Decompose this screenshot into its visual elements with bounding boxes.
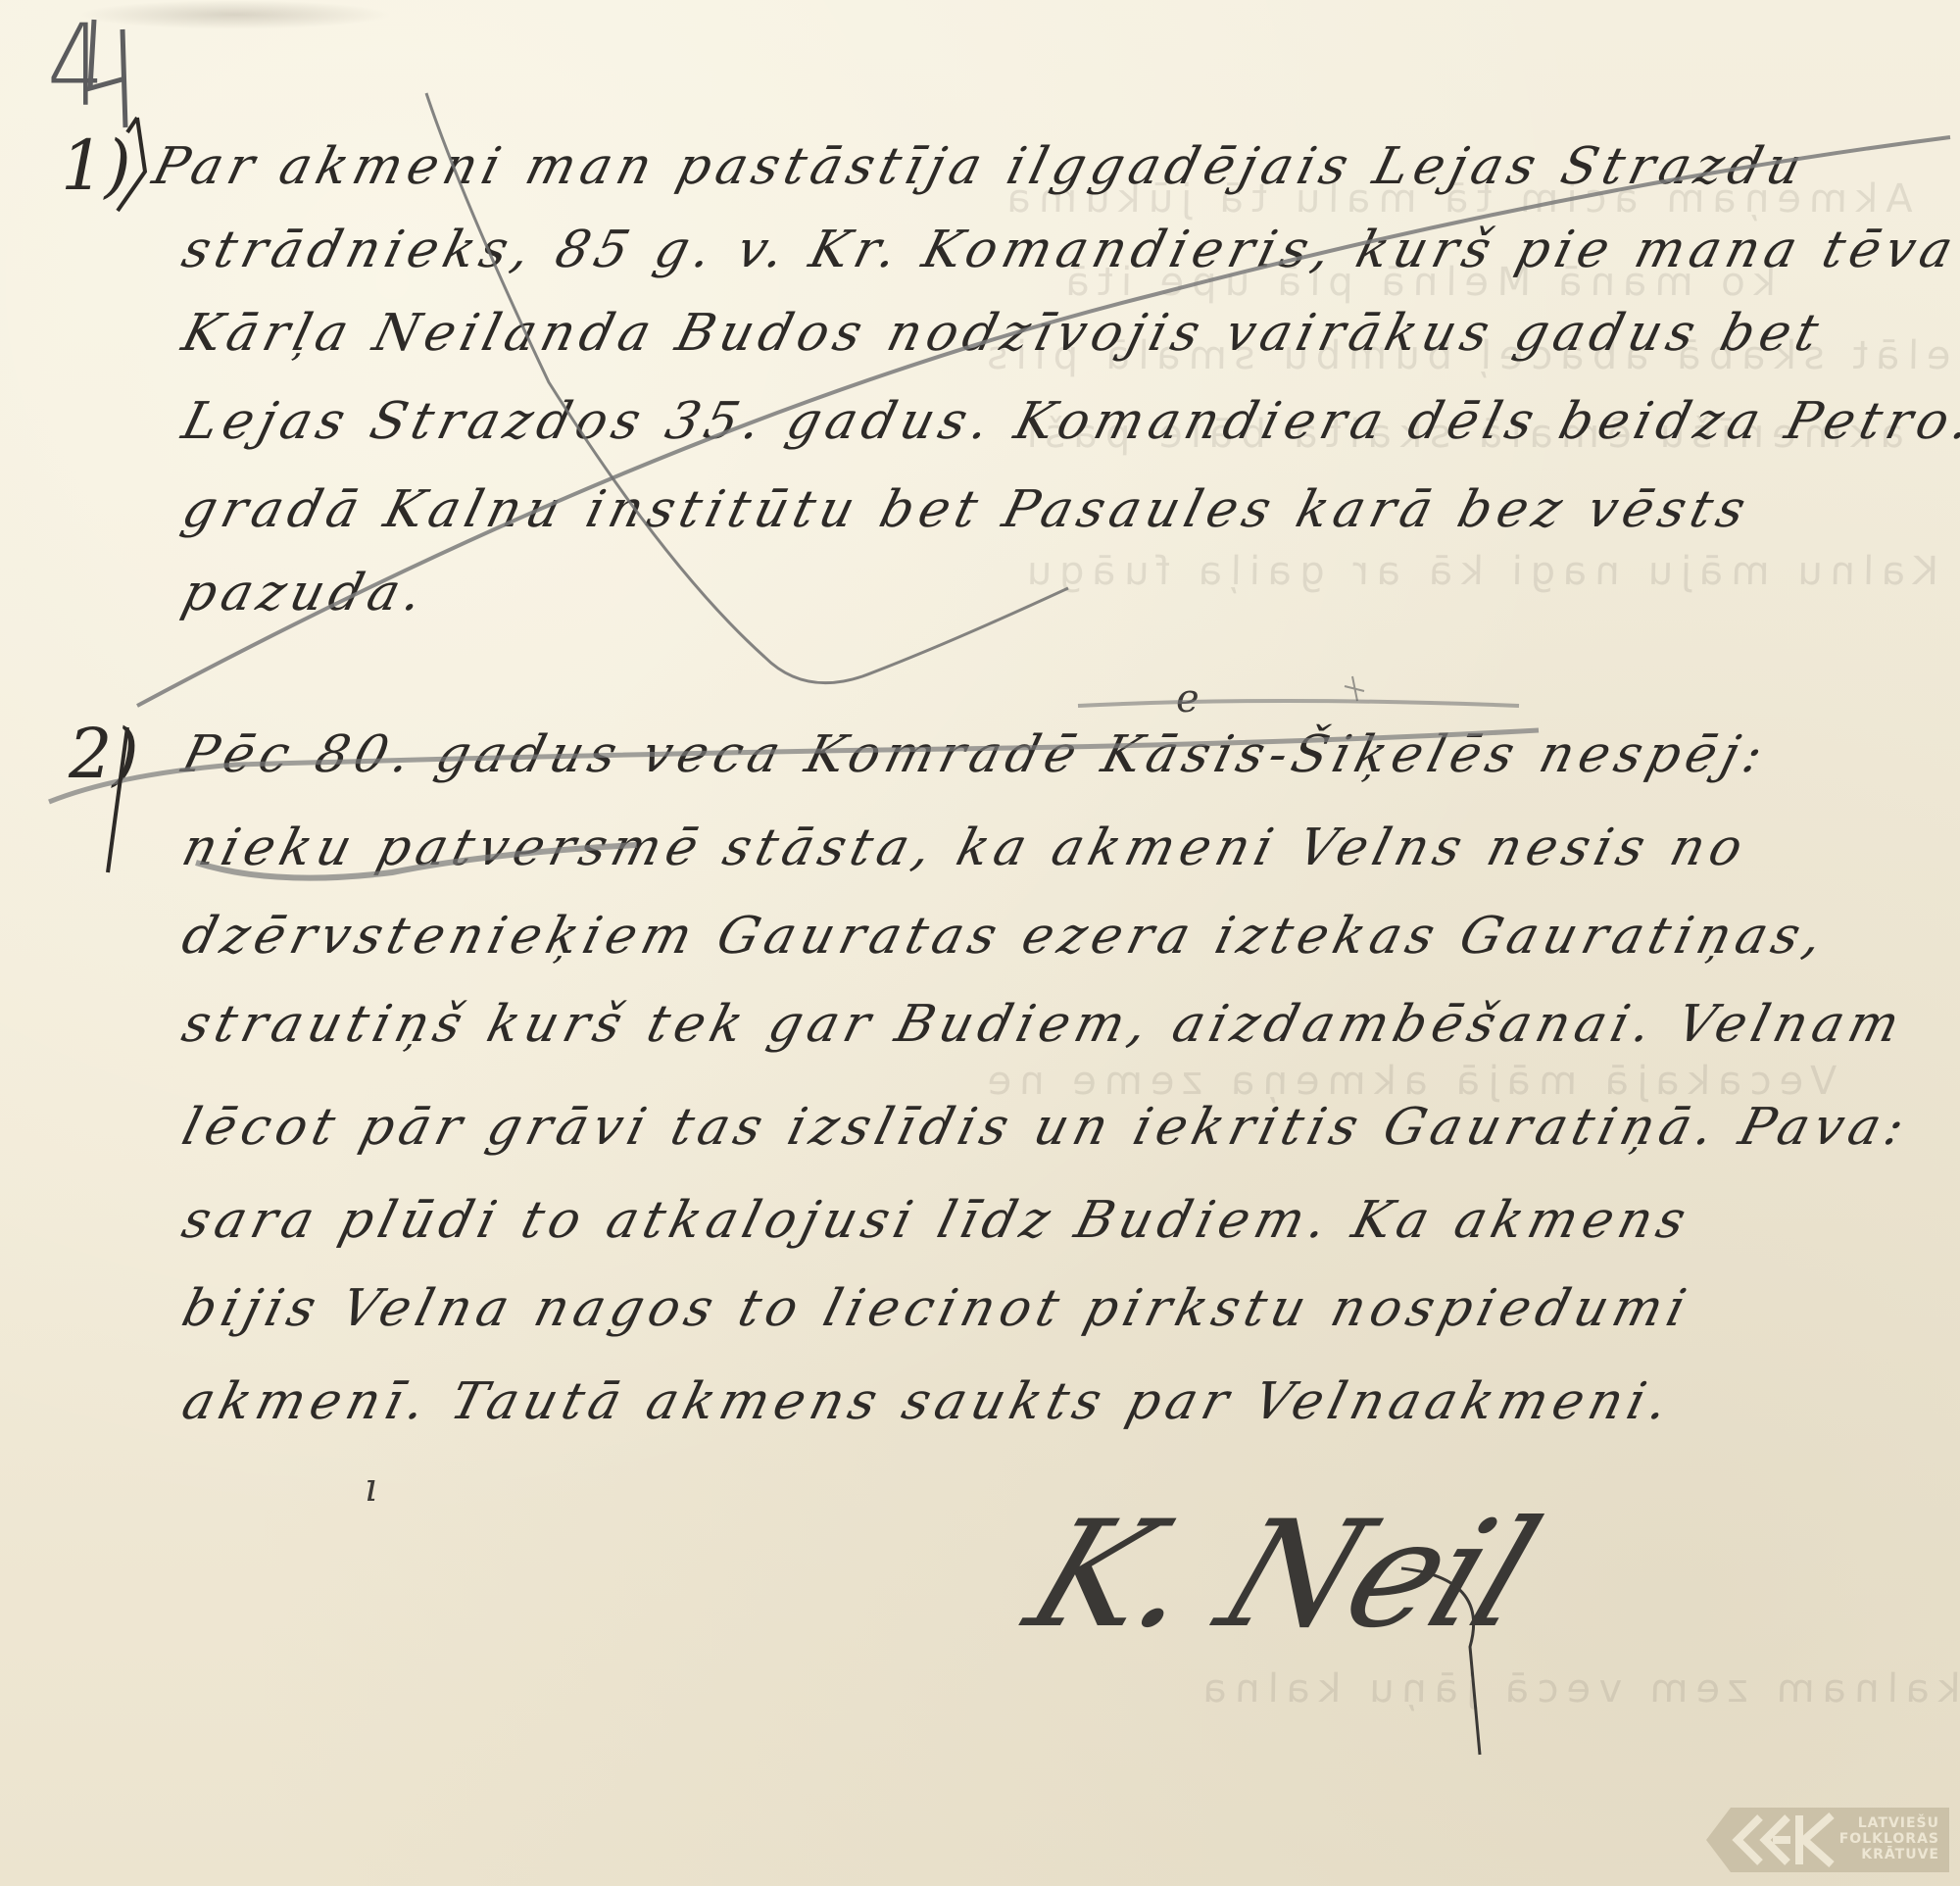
section-2-line: dzērvstenieķiem Gauratas ezera iztekas G… — [176, 907, 1835, 966]
lfk-logo-text: LATVIEŠU FOLKLORAS KRĀTUVE — [1839, 1815, 1939, 1862]
stray-mark: ı — [365, 1465, 377, 1511]
section-2-line: nieku patversmē stāsta, ka akmeni Velns … — [176, 819, 1754, 877]
logo-line-2: FOLKLORAS — [1839, 1831, 1939, 1847]
section-1-line: pazuda. — [176, 564, 434, 622]
section-1-line: Kārļa Neilanda Budos nodzīvojis vairākus… — [176, 304, 1830, 363]
section-2-line: akmenī. Tautā akmens saukts par Velnaakm… — [176, 1372, 1680, 1431]
section-2-line: sara plūdi to atkalojusi līdz Budiem. Ka… — [176, 1191, 1697, 1250]
section-1-label: 1) — [61, 125, 131, 206]
section-2-line: bijis Velna nagos to liecinot pirkstu no… — [176, 1279, 1697, 1338]
page-number: 4 — [47, 1, 105, 132]
section-1-line: Lejas Strazdos 35. gadus. Komandiera dēl… — [176, 392, 1960, 451]
section-2-line: Pēc 80. gadus veca Komradē Kāsis-Šiķelēs… — [176, 725, 1774, 784]
section-2-label: 2) — [69, 714, 139, 794]
section-2-line: lēcot pār grāvi tas izslīdis un iekritis… — [176, 1098, 1916, 1157]
bleedthrough-line: Kalnu māju nagi kā ar gaiļa fuāgu — [1014, 549, 1942, 594]
section-1-line: Par akmeni man pastāstīja ilggadējais Le… — [147, 137, 1813, 196]
bleedthrough-line: 1887 gadā kalnam zem vecā jāņu kalna — [1191, 1666, 1960, 1712]
insertion-mark: e — [1176, 676, 1200, 721]
signature: K. Neil — [1007, 1490, 1555, 1661]
logo-line-3: KRĀTUVE — [1839, 1847, 1939, 1862]
section-1-line: gradā Kalnu institūtu bet Pasaules karā … — [176, 480, 1757, 539]
section-2-line: strautiņš kurš tek gar Budiem, aizdambēš… — [176, 995, 1911, 1054]
logo-line-1: LATVIEŠU — [1839, 1815, 1939, 1831]
lfk-logo: LATVIEŠU FOLKLORAS KRĀTUVE — [1706, 1806, 1949, 1874]
paper-smudge — [78, 0, 392, 29]
section-1-line: strādnieks, 85 g. v. Kr. Komandieris, ku… — [176, 221, 1960, 279]
